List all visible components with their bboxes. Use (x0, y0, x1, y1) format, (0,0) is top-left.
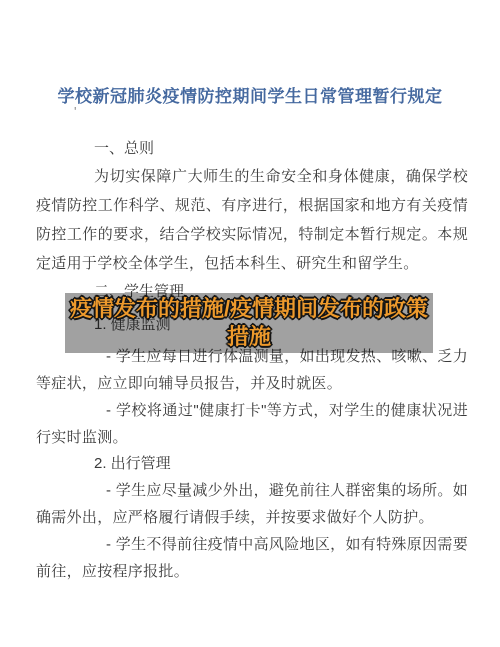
intro-paragraph: 为切实保障广大师生的生命安全和身体健康，确保学校疫情防控工作科学、规范、有序进行… (36, 162, 468, 278)
stray-punctuation-mark: ' (74, 104, 76, 119)
watermark-overlay-band: 疫情发布的措施/疫情期间发布的政策措施 (65, 293, 433, 353)
bullet-health-checkin: - 学校将通过"健康打卡"等方式，对学生的健康状况进行实时监测。 (36, 397, 468, 451)
document-page: 学校新冠肺炎疫情防控期间学生日常管理暂行规定 ' 一、总则 为切实保障广大师生的… (0, 0, 500, 647)
bullet-high-risk-areas: - 学生不得前往疫情中高风险地区，如有特殊原因需要前往，应按程序报批。 (36, 531, 468, 585)
section-heading-general-rules: 一、总则 (94, 137, 154, 158)
bullet-reduce-outings: - 学生应尽量减少外出，避免前往人群密集的场所。如确需外出，应严格履行请假手续，… (36, 477, 468, 531)
subsection-heading-travel-management: 2. 出行管理 (94, 452, 171, 473)
watermark-caption-text: 疫情发布的措施/疫情期间发布的政策措施 (65, 295, 433, 351)
